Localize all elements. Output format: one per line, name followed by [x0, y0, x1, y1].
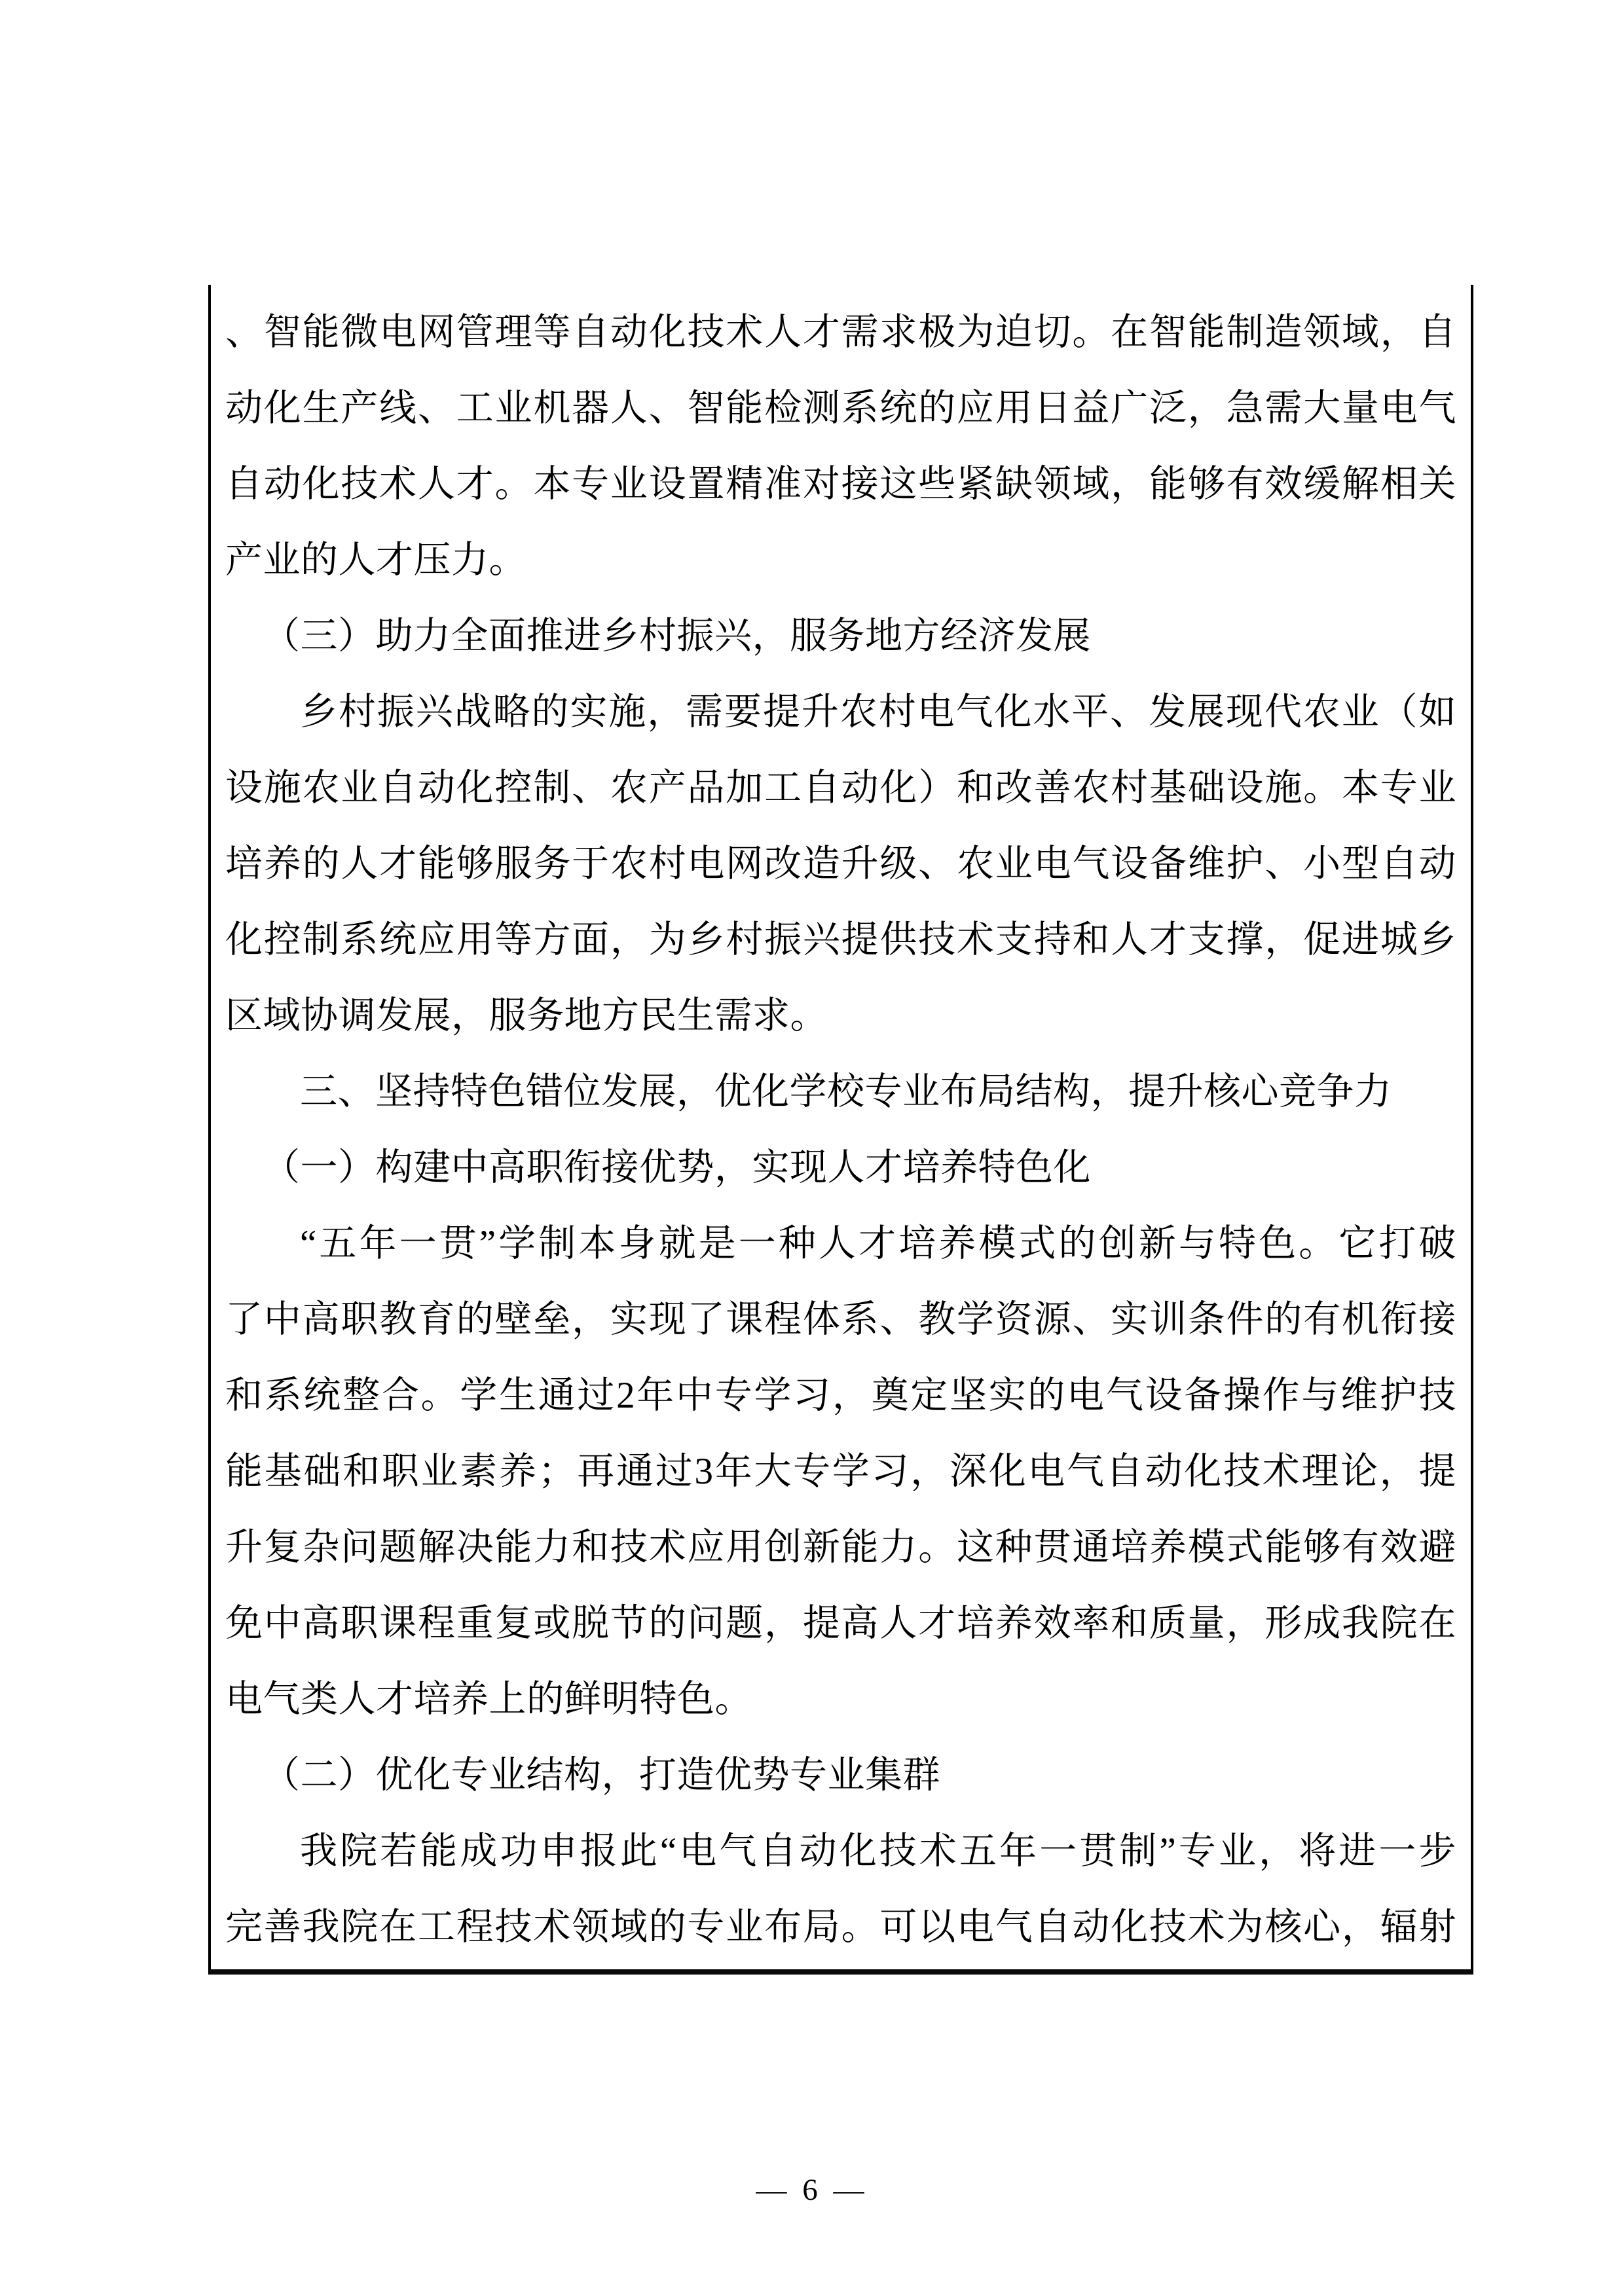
- document-page: 、智能微电网管理等自动化技术人才需求极为迫切。在智能制造领域，自动化生产线、工业…: [0, 0, 1624, 2296]
- text-line: 、智能微电网管理等自动化技术人才需求极为迫切。在智能制造领域，自: [225, 295, 1456, 371]
- text-line: 和系统整合。学生通过2年中专学习，奠定坚实的电气设备操作与维护技: [225, 1358, 1456, 1434]
- table-cell-content-box: 、智能微电网管理等自动化技术人才需求极为迫切。在智能制造领域，自动化生产线、工业…: [208, 285, 1473, 1975]
- text-line: 免中高职课程重复或脱节的问题，提高人才培养效率和质量，形成我院在: [225, 1586, 1456, 1662]
- text-line: 自动化技术人才。本专业设置精准对接这些紧缺领域，能够有效缓解相关: [225, 446, 1456, 522]
- text-line: （三）助力全面推进乡村振兴，服务地方经济发展: [225, 598, 1456, 674]
- text-line: 能基础和职业素养；再通过3年大专学习，深化电气自动化技术理论，提: [225, 1434, 1456, 1510]
- page-number: — 6 —: [0, 2172, 1624, 2208]
- text-line: 完善我院在工程技术领域的专业布局。可以电气自动化技术为核心，辐射: [225, 1889, 1456, 1965]
- text-line: 三、坚持特色错位发展，优化学校专业布局结构，提升核心竞争力: [225, 1054, 1456, 1130]
- text-line: 产业的人才压力。: [225, 522, 1456, 598]
- text-line: 电气类人才培养上的鲜明特色。: [225, 1662, 1456, 1738]
- text-line: （二）优化专业结构，打造优势专业集群: [225, 1738, 1456, 1813]
- text-line: （一）构建中高职衔接优势，实现人才培养特色化: [225, 1130, 1456, 1206]
- text-line: 设施农业自动化控制、农产品加工自动化）和改善农村基础设施。本专业: [225, 750, 1456, 826]
- text-line: 区域协调发展，服务地方民生需求。: [225, 978, 1456, 1054]
- text-line: 我院若能成功申报此“电气自动化技术五年一贯制”专业，将进一步: [225, 1813, 1456, 1889]
- text-lines-container: 、智能微电网管理等自动化技术人才需求极为迫切。在智能制造领域，自动化生产线、工业…: [225, 295, 1456, 1965]
- text-line: 动化生产线、工业机器人、智能检测系统的应用日益广泛，急需大量电气: [225, 371, 1456, 446]
- text-line: 升复杂问题解决能力和技术应用创新能力。这种贯通培养模式能够有效避: [225, 1510, 1456, 1586]
- text-line: 了中高职教育的壁垒，实现了课程体系、教学资源、实训条件的有机衔接: [225, 1282, 1456, 1358]
- text-line: “五年一贯”学制本身就是一种人才培养模式的创新与特色。它打破: [225, 1206, 1456, 1282]
- text-line: 乡村振兴战略的实施，需要提升农村电气化水平、发展现代农业（如: [225, 674, 1456, 750]
- text-line: 化控制系统应用等方面，为乡村振兴提供技术支持和人才支撑，促进城乡: [225, 902, 1456, 978]
- text-line: 培养的人才能够服务于农村电网改造升级、农业电气设备维护、小型自动: [225, 826, 1456, 902]
